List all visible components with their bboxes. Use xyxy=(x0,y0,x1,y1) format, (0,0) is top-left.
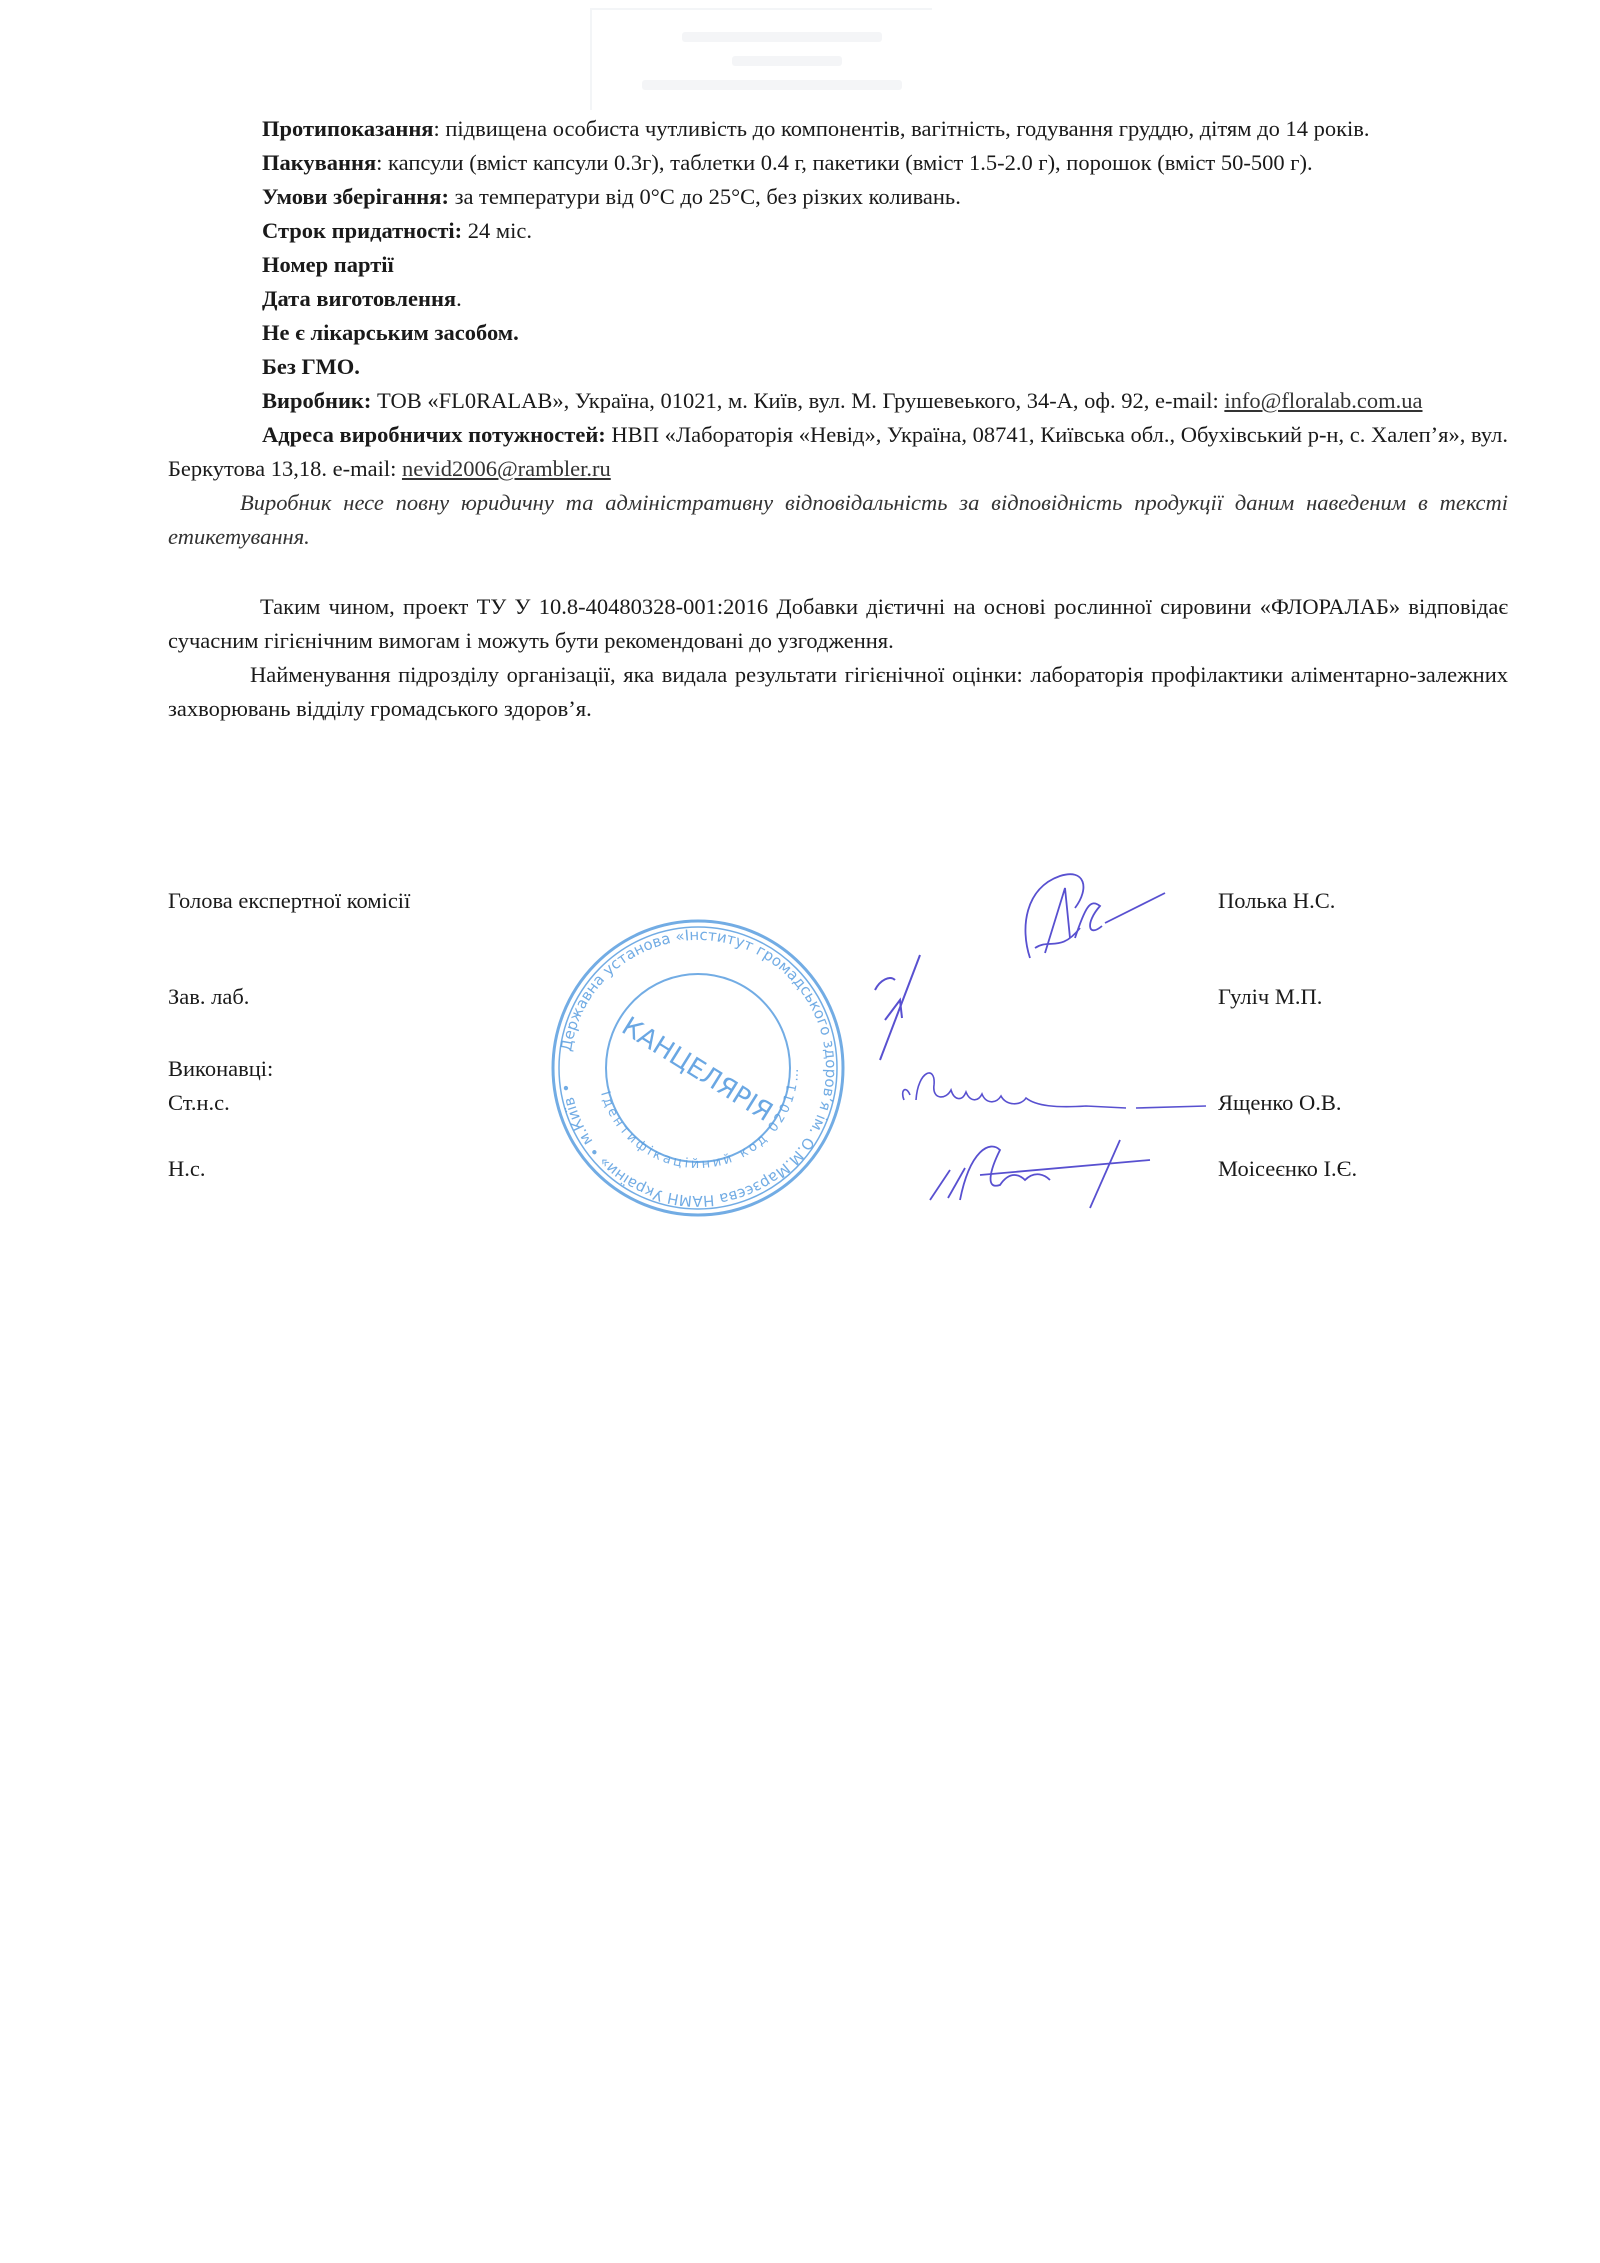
signature-row-chair: Голова експертної комісії Полька Н.С. xyxy=(168,888,1508,922)
storage-paragraph: Умови зберігання: за температури від 0°С… xyxy=(168,180,1508,214)
conclusion-paragraph: Таким чином, проект ТУ У 10.8-40480328-0… xyxy=(168,590,1508,658)
signature-gulich xyxy=(860,950,940,1070)
official-stamp: Державна установа «Інститут громадського… xyxy=(548,918,848,1218)
batch-number-line: Номер партії xyxy=(168,248,1508,282)
packaging-paragraph: Пакування: капсули (вміст капсули 0.3г),… xyxy=(168,146,1508,180)
manufacturer-paragraph: Виробник: ТОВ «FL0RALAB», Україна, 01021… xyxy=(168,384,1508,418)
disclaimer-paragraph: Виробник несе повну юридичну та адмініст… xyxy=(168,486,1508,554)
manufacture-date-line: Дата виготовлення. xyxy=(168,282,1508,316)
signature-moiseyenko xyxy=(920,1130,1170,1210)
contraindications-paragraph: Протипоказання: підвищена особиста чутли… xyxy=(168,112,1508,146)
stamp-center-text: КАНЦЕЛЯРІЯ xyxy=(616,1012,777,1128)
production-address-paragraph: Адреса виробничих потужностей: НВП «Лабо… xyxy=(168,418,1508,486)
signature-yashchenko xyxy=(896,1060,1216,1120)
issuer-paragraph: Найменування підрозділу організації, яка… xyxy=(168,658,1508,726)
signature-polka xyxy=(990,868,1170,968)
document-body: Протипоказання: підвищена особиста чутли… xyxy=(168,112,1508,726)
no-gmo-line: Без ГМО. xyxy=(168,350,1508,384)
background-watermark xyxy=(590,8,932,110)
not-medicine-line: Не є лікарським засобом. xyxy=(168,316,1508,350)
manufacturer-email-link[interactable]: info@floralab.com.ua xyxy=(1224,388,1422,413)
shelf-life-paragraph: Строк придатності: 24 міс. xyxy=(168,214,1508,248)
production-email-link[interactable]: nevid2006@rambler.ru xyxy=(402,456,611,481)
